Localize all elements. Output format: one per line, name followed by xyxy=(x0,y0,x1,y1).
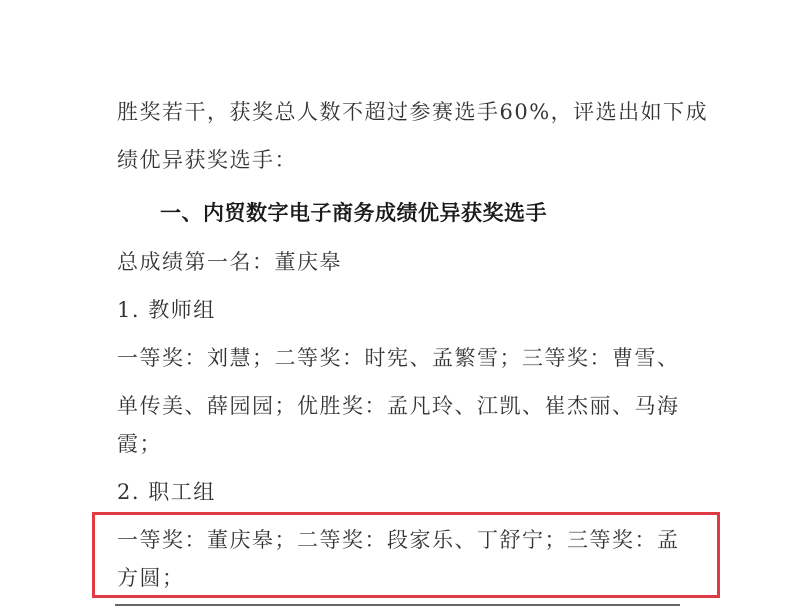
group-title-teacher: 1. 教师组 xyxy=(117,296,216,324)
highlight-box xyxy=(92,512,720,598)
intro-line-2: 绩优异获奖选手： xyxy=(117,146,297,174)
section-heading: 一、内贸数字电子商务成绩优异获奖选手 xyxy=(160,199,547,227)
teacher-awards-line-1: 一等奖：刘慧；二等奖：时宪、孟繁雪；三等奖：曹雪、 xyxy=(117,344,680,372)
teacher-awards-line-2: 单传美、薛园园；优胜奖：孟凡玲、江凯、崔杰丽、马海 xyxy=(117,392,680,420)
teacher-awards-line-3: 霞； xyxy=(117,430,162,458)
divider-line xyxy=(115,604,680,606)
intro-line-1: 胜奖若干，获奖总人数不超过参赛选手60%，评选出如下成 xyxy=(117,98,708,126)
overall-first-place: 总成绩第一名：董庆皋 xyxy=(117,248,342,276)
group-title-staff: 2. 职工组 xyxy=(117,478,216,506)
